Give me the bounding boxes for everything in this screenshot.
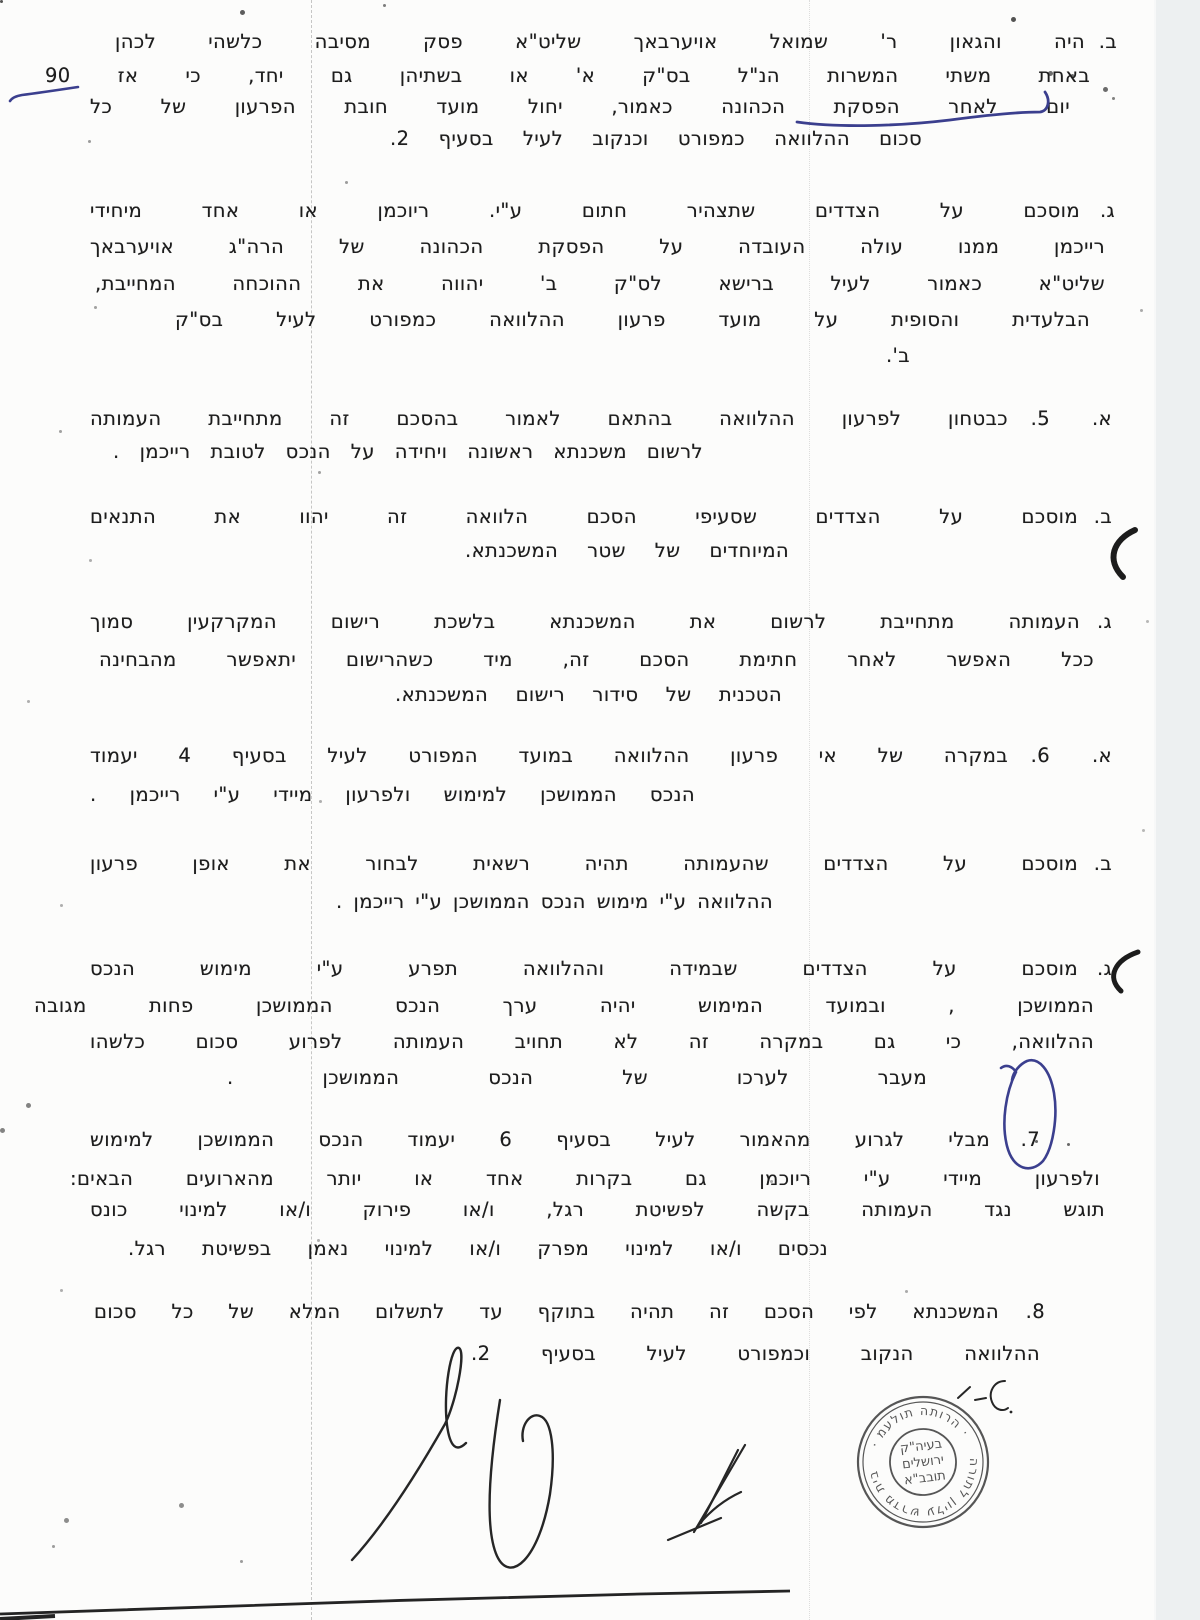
- pen-underline-90: [10, 87, 78, 101]
- section-marker-number: 8.: [1026, 1298, 1045, 1325]
- section-marker-letter: ג.: [1100, 197, 1115, 224]
- text-line: רייכמן ממנו עולה העובדה על הפסקת הכהונה …: [90, 233, 1105, 260]
- section-marker-letter: ב.: [1094, 850, 1112, 877]
- section-marker-letter: ב.: [1094, 503, 1112, 530]
- stamp-center-line: בעיה"ק: [899, 1437, 943, 1457]
- bottom-scan-line: [0, 1616, 55, 1619]
- ink-crescent-mark: [1114, 530, 1135, 577]
- section-marker-number: 5.: [1031, 405, 1050, 432]
- text-line: ההלוואה, כי גם במקרה זה לא תחויב העמותה …: [90, 1028, 1094, 1055]
- text-line: לרשום משכנתא ראשונה ויחידה על הנכס לטובת…: [113, 438, 703, 465]
- text-line: הטכנית של סידור רישום המשכנתא.: [395, 681, 782, 708]
- text-line: מבלי לגרוע מהאמור לעיל בסעיף 6 יעמוד הנכ…: [90, 1126, 990, 1153]
- stamp-ring-bottom-text: הרותל ןוילע שרדמ תיב: [865, 1456, 989, 1528]
- scan-edge-strip: [1154, 0, 1200, 1620]
- text-line: מוסכם על הצדדים שתצהיר חתום ע"י. ריוכמן …: [90, 197, 1080, 224]
- stamp-center-line: תובב"א: [903, 1468, 946, 1488]
- scan-noise-specks: [0, 0, 3, 3]
- text-line: באחת משתי המשרות הנ"ל בס"ק א' או בשתיהן …: [45, 62, 1090, 89]
- text-line: נכסים ו/או למינוי מפרק ו/או למינוי נאמן …: [128, 1235, 828, 1262]
- text-line: המיוחדים של שטר המשכנתא.: [465, 537, 789, 564]
- text-line: הבלעדית והסופית על מועד פרעון ההלוואה כמ…: [175, 306, 1090, 333]
- signature-main: [352, 1348, 553, 1568]
- paraph-mark: [958, 1381, 1012, 1413]
- bottom-scan-line: [0, 1591, 790, 1614]
- text-line: ההלוואה הנקוב וכמפורט לעיל בסעיף 2.: [471, 1340, 1040, 1367]
- section-marker-number: 7.: [1021, 1126, 1040, 1153]
- text-line: מוסכם על הצדדים שבמידה וההלוואה תפרע ע"י…: [90, 955, 1078, 982]
- section-marker-number: 6.: [1031, 742, 1050, 769]
- section-marker-letter: ג.: [1097, 608, 1112, 635]
- text-line: סכום ההלוואה כמפורט וכנקוב לעיל בסעיף 2.: [390, 125, 922, 152]
- stamp-center-line: ירושלים: [901, 1452, 945, 1472]
- text-line: תוגש נגד העמותה בקשה לפשיטת רגל, ו/או פי…: [90, 1196, 1105, 1223]
- text-line: ב'.: [850, 342, 910, 369]
- section-marker-letter: ג.: [1097, 955, 1112, 982]
- text-line: ככל האפשר לאחר חתימת הסכם זה, מיד כשהריש…: [99, 646, 1094, 673]
- text-line: ההלוואה ע"י מימוש הנכס הממושכן ע"י רייכמ…: [336, 888, 773, 915]
- text-line: מוסכם על הצדדים שסעיפי הסכם הלוואה זה יה…: [90, 503, 1078, 530]
- section-marker-letter: א.: [1092, 405, 1112, 432]
- text-line: במקרה של אי פרעון ההלוואה במועד המפורט ל…: [90, 742, 1008, 769]
- text-line: הנכס הממושכן למימוש ולפרעון מיידי ע"י רי…: [90, 781, 695, 808]
- text-line: ולפרעון מיידי ע"י ריוכמן גם בקרות אחד או…: [70, 1165, 1100, 1192]
- text-line: הממושכן , ובמועד המימוש יהיה ערך הנכס המ…: [34, 992, 1094, 1019]
- text-line: היה והגאון ר' שמואל אויערבאך שליט"א פסק …: [115, 28, 1085, 55]
- section-marker-letter: ב.: [1099, 28, 1117, 55]
- stamp-ring-top-text: · מעלות התורה ·: [863, 1397, 975, 1451]
- text-line: העמותה מתחייבת לרשום את המשכנתא בלשכת רי…: [90, 608, 1080, 635]
- signature-initials: [668, 1445, 745, 1540]
- text-line: שליט"א כאמור לעיל ברישא לס"ק ב' יהווה את…: [95, 270, 1105, 297]
- text-line: כבטחון לפרעון ההלוואה בהתאם לאמור בהסכם …: [90, 405, 1008, 432]
- text-line: יום לאחר הפסקת הכהונה כאמור, יחול מועד ח…: [90, 93, 1070, 120]
- text-line: מוסכם על הצדדים שהעמותה תהיה רשאית לבחור…: [90, 850, 1078, 877]
- stamp: · מעלות התורה · הרותל ןוילע שרדמ תיב בעי…: [851, 1390, 996, 1535]
- text-line: מעבר לערכו של הנכס הממושכן .: [227, 1064, 927, 1091]
- scanned-document-page: ב. היה והגאון ר' שמואל אויערבאך שליט"א פ…: [0, 0, 1200, 1620]
- section-marker-letter: א.: [1092, 742, 1112, 769]
- ink-crescent-mark: [1114, 952, 1138, 991]
- text-line: המשכנתא לפי הסכם זה תהיה בתוקף עד לתשלום…: [94, 1298, 999, 1325]
